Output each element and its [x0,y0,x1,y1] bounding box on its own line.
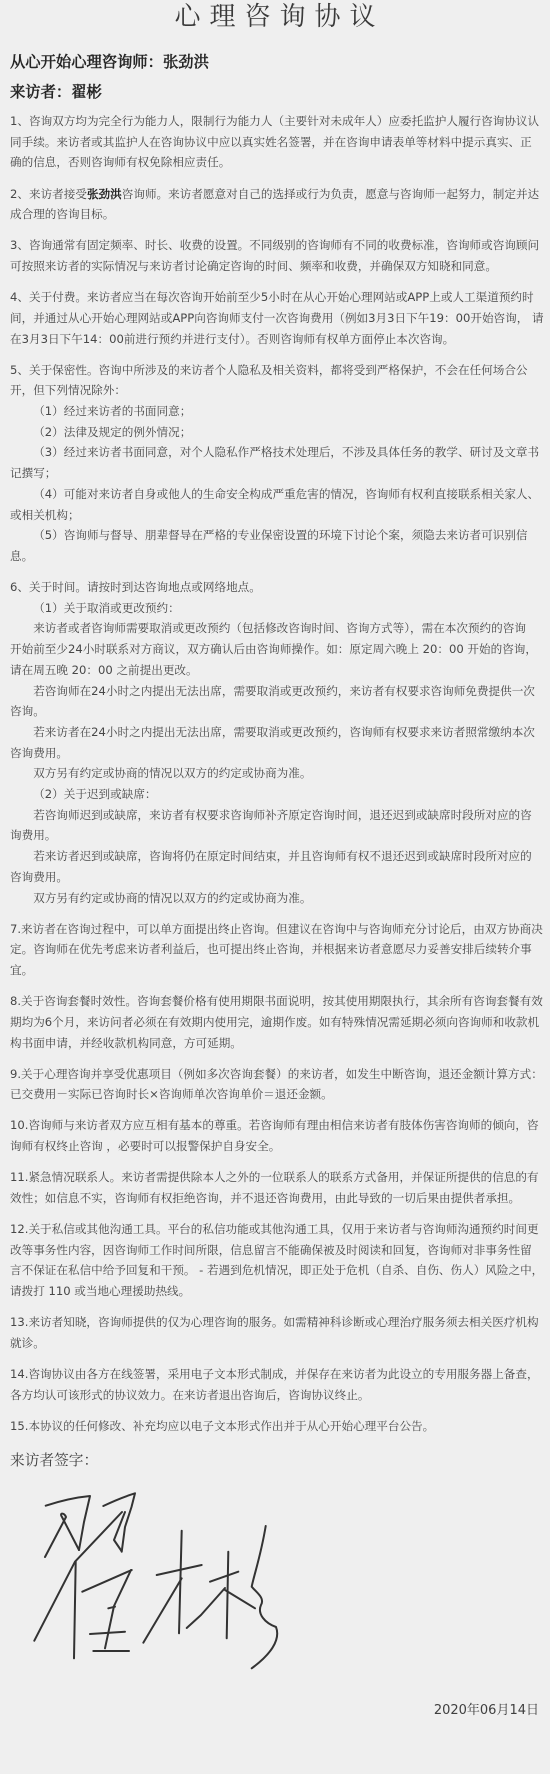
sub-item: （3）经过来访者书面同意，对个人隐私作严格技术处理后，不涉及具体任务的教学、研讨… [0,442,550,463]
clause-line: 双方另有约定或协商的情况以双方的约定或协商为准。 [0,888,550,909]
clause-11: 11.紧急情况联系人。来访者需提供除本人之外的一位联系人的联系方式备用，并保证所… [0,1167,550,1208]
sub-heading: （1）关于取消或更改预约： [0,598,550,619]
clause-line: 开始前至少24小时联系对方商议，双方确认后由咨询师操作。如：原定周六晚上 20：… [0,639,550,660]
clause-line: 2、来访者接受张劲洪咨询师。来访者愿意对自己的选择或行为负责，愿意与咨询师一起努… [0,184,550,205]
clause-line: 同手续。来访者或其监护人在咨询协议中应以真实姓名签署，并在咨询申请表单等材料中提… [0,132,550,153]
clause-line: 11.紧急情况联系人。来访者需提供除本人之外的一位联系人的联系方式备用，并保证所… [0,1167,550,1188]
clause-13: 13.来访者知晓，咨询师提供的仅为心理咨询的服务。如需精神科诊断或心理治疗服务须… [0,1312,550,1353]
clause-line: 构书面申请，并经收款机构同意，方可延期。 [0,1033,550,1054]
clause-line: 1、咨询双方均为完全行为能力人，限制行为能力人（主要针对未成年人）应委托监护人履… [0,111,550,132]
sub-heading: （2）关于迟到或缺席： [0,784,550,805]
clause-line: 若咨询师在24小时之内提出无法出席，需要取消或更改预约，来访者有权要求咨询师免费… [0,681,550,702]
clause-line: 15.本协议的任何修改、补充均应以电子文本形式作出并于从心开始心理平台公告。 [0,1416,550,1437]
clause-line: 14.咨询协议由各方在线签署，采用电子文本形式制成，并保存在来访者为此设立的专用… [0,1364,550,1385]
sub-item: （1）经过来访者的书面同意； [0,401,550,422]
clause-line: 在3月3日下午14：00前进行预约并进行支付）。否则咨询师有权单方面停止本次咨询… [0,329,550,350]
clause-line: 成合理的咨询目标。 [0,204,550,225]
clause-line: 效性；如信息不实，咨询师有权拒绝咨询，并不退还咨询费用，由此导致的一切后果由提供… [0,1188,550,1209]
sub-item: （2）法律及规定的例外情况； [0,422,550,443]
clause-line: 8.关于咨询套餐时效性。咨询套餐价格有使用期限书面说明，按其使用期限执行，其余所… [0,991,550,1012]
clause-line: 来访者或者咨询师需要取消或更改预约（包括修改咨询时间、咨询方式等），需在本次预约… [0,618,550,639]
sub-item: （4）可能对来访者自身或他人的生命安全构成严重危害的情况，咨询师有权利直接联系相… [0,484,550,505]
counselor-name: 张劲洪 [163,53,209,71]
clause-line: 各方均认可该形式的协议效力。在来访者退出咨询后，咨询协议终止。 [0,1385,550,1406]
clause-line: 开，但下列情况除外： [0,380,550,401]
clause-6: 6、关于时间。请按时到达咨询地点或网络地点。 （1）关于取消或更改预约： 来访者… [0,577,550,908]
signature-label: 来访者签字： [0,1449,550,1473]
clause-line: 双方另有约定或协商的情况以双方的约定或协商为准。 [0,763,550,784]
clause-line: 咨询费用。 [0,867,550,888]
clause-line: 间，并通过从心开始心理网站或APP向咨询师支付一次咨询费用（例如3月3日下午19… [0,308,550,329]
clause-1: 1、咨询双方均为完全行为能力人，限制行为能力人（主要针对未成年人）应委托监护人履… [0,111,550,173]
clause-10: 10.咨询师与来访者双方应互相有基本的尊重。若咨询师有理由相信来访者有肢体伤害咨… [0,1115,550,1156]
clause-3: 3、咨询通常有固定频率、时长、收费的设置。不同级别的咨询师有不同的收费标准，咨询… [0,235,550,276]
clause-line: 或相关机构； [0,505,550,526]
clause-line: 4、关于付费。来访者应当在每次咨询开始前至少5小时在从心开始心理网站或APP上或… [0,287,550,308]
clause-4: 4、关于付费。来访者应当在每次咨询开始前至少5小时在从心开始心理网站或APP上或… [0,287,550,349]
clause-line: 记撰写； [0,463,550,484]
handwritten-signature [25,1490,290,1690]
clause-line: 确的信息，否则咨询师有权免除相应责任。 [0,152,550,173]
client-label: 来访者： [10,83,71,101]
clause-line: 期均为6个月，来访问者必须在有效期内使用完，逾期作废。如有特殊情况需延期必须向咨… [0,1012,550,1033]
counselor-name-inline: 张劲洪 [87,187,122,201]
agreement-page: 心理咨询协议 从心开始心理咨询师：张劲洪 来访者：翟彬 1、咨询双方均为完全行为… [0,0,550,1774]
clause-15: 15.本协议的任何修改、补充均应以电子文本形式作出并于从心开始心理平台公告。 [0,1416,550,1437]
client-heading: 来访者：翟彬 [0,77,550,107]
client-name: 翟彬 [71,83,102,101]
clause-7: 7.来访者在咨询过程中，可以单方面提出终止咨询。但建议在咨询中与咨询师充分讨论后… [0,919,550,981]
page-title: 心理咨询协议 [0,0,550,34]
clause-line: 12.关于私信或其他沟通工具。平台的私信功能或其他沟通工具，仅用于来访者与咨询师… [0,1219,550,1240]
clause-2: 2、来访者接受张劲洪咨询师。来访者愿意对自己的选择或行为负责，愿意与咨询师一起努… [0,184,550,225]
signature-strokes-icon [25,1490,290,1690]
clause-line: 言不保证在私信中给予回复和干预。 - 若遇到危机情况，即正处于危机（自杀、自伤、… [0,1260,550,1281]
clause-line: 5、关于保密性。咨询中所涉及的来访者个人隐私及相关资料，都将受到严格保护，不会在… [0,360,550,381]
clause-line: 改等事务性内容，因咨询师工作时间所限，信息留言不能确保被及时阅读和回复，咨询师对… [0,1240,550,1261]
clause-line: 请拨打 110 或当地心理援助热线。 [0,1281,550,1302]
clause-line: 13.来访者知晓，咨询师提供的仅为心理咨询的服务。如需精神科诊断或心理治疗服务须… [0,1312,550,1333]
clause-line: 询师有权终止咨询 ，必要时可以报警保护自身安全。 [0,1136,550,1157]
counselor-label: 从心开始心理咨询师： [10,53,163,71]
clause-line: 咨询费用。 [0,743,550,764]
clause-line: 若咨询师迟到或缺席，来访者有权要求咨询师补齐原定咨询时间，退还迟到或缺席时段所对… [0,805,550,826]
clause-line: 询费用。 [0,825,550,846]
counselor-heading: 从心开始心理咨询师：张劲洪 [0,47,550,77]
clause-line: 若来访者在24小时之内提出无法出席，需要取消或更改预约，咨询师有权要求来访者照常… [0,722,550,743]
clause-8: 8.关于咨询套餐时效性。咨询套餐价格有使用期限书面说明，按其使用期限执行，其余所… [0,991,550,1053]
sub-item: （5）咨询师与督导、朋辈督导在严格的专业保密设置的环境下讨论个案，须隐去来访者可… [0,525,550,546]
signature-date: 2020年06月14日 [0,1700,550,1722]
clause-line: 定。咨询师在优先考虑来访者利益后，也可提出终止咨询，并根据来访者意愿尽力妥善安排… [0,939,550,960]
clause-line: 息。 [0,546,550,567]
clause-line: 3、咨询通常有固定频率、时长、收费的设置。不同级别的咨询师有不同的收费标准，咨询… [0,235,550,256]
clause-line: 就诊。 [0,1333,550,1354]
clause-line: 咨询。 [0,701,550,722]
clause-12: 12.关于私信或其他沟通工具。平台的私信功能或其他沟通工具，仅用于来访者与咨询师… [0,1219,550,1302]
clause-line: 6、关于时间。请按时到达咨询地点或网络地点。 [0,577,550,598]
clause-line: 宜。 [0,960,550,981]
clause-line: 9.关于心理咨询并享受优惠项目（例如多次咨询套餐）的来访者，如发生中断咨询，退还… [0,1064,550,1085]
clause-14: 14.咨询协议由各方在线签署，采用电子文本形式制成，并保存在来访者为此设立的专用… [0,1364,550,1405]
clause-line: 若来访者迟到或缺席，咨询将仍在原定时间结束，并且咨询师有权不退还迟到或缺席时段所… [0,846,550,867]
clause-text: 咨询师。来访者愿意对自己的选择或行为负责，愿意与咨询师一起努力，制定并达 [122,187,539,201]
clause-line: 10.咨询师与来访者双方应互相有基本的尊重。若咨询师有理由相信来访者有肢体伤害咨… [0,1115,550,1136]
clause-line: 已交费用－实际已咨询时长×咨询师单次咨询单价＝退还金额。 [0,1084,550,1105]
clause-5: 5、关于保密性。咨询中所涉及的来访者个人隐私及相关资料，都将受到严格保护，不会在… [0,360,550,567]
clause-text: 2、来访者接受 [10,187,87,201]
clause-line: 可按照来访者的实际情况与来访者讨论确定咨询的时间、频率和收费，并确保双方知晓和同… [0,256,550,277]
clause-9: 9.关于心理咨询并享受优惠项目（例如多次咨询套餐）的来访者，如发生中断咨询，退还… [0,1064,550,1105]
clause-line: 请在周五晚 20：00 之前提出更改。 [0,660,550,681]
clause-line: 7.来访者在咨询过程中，可以单方面提出终止咨询。但建议在咨询中与咨询师充分讨论后… [0,919,550,940]
